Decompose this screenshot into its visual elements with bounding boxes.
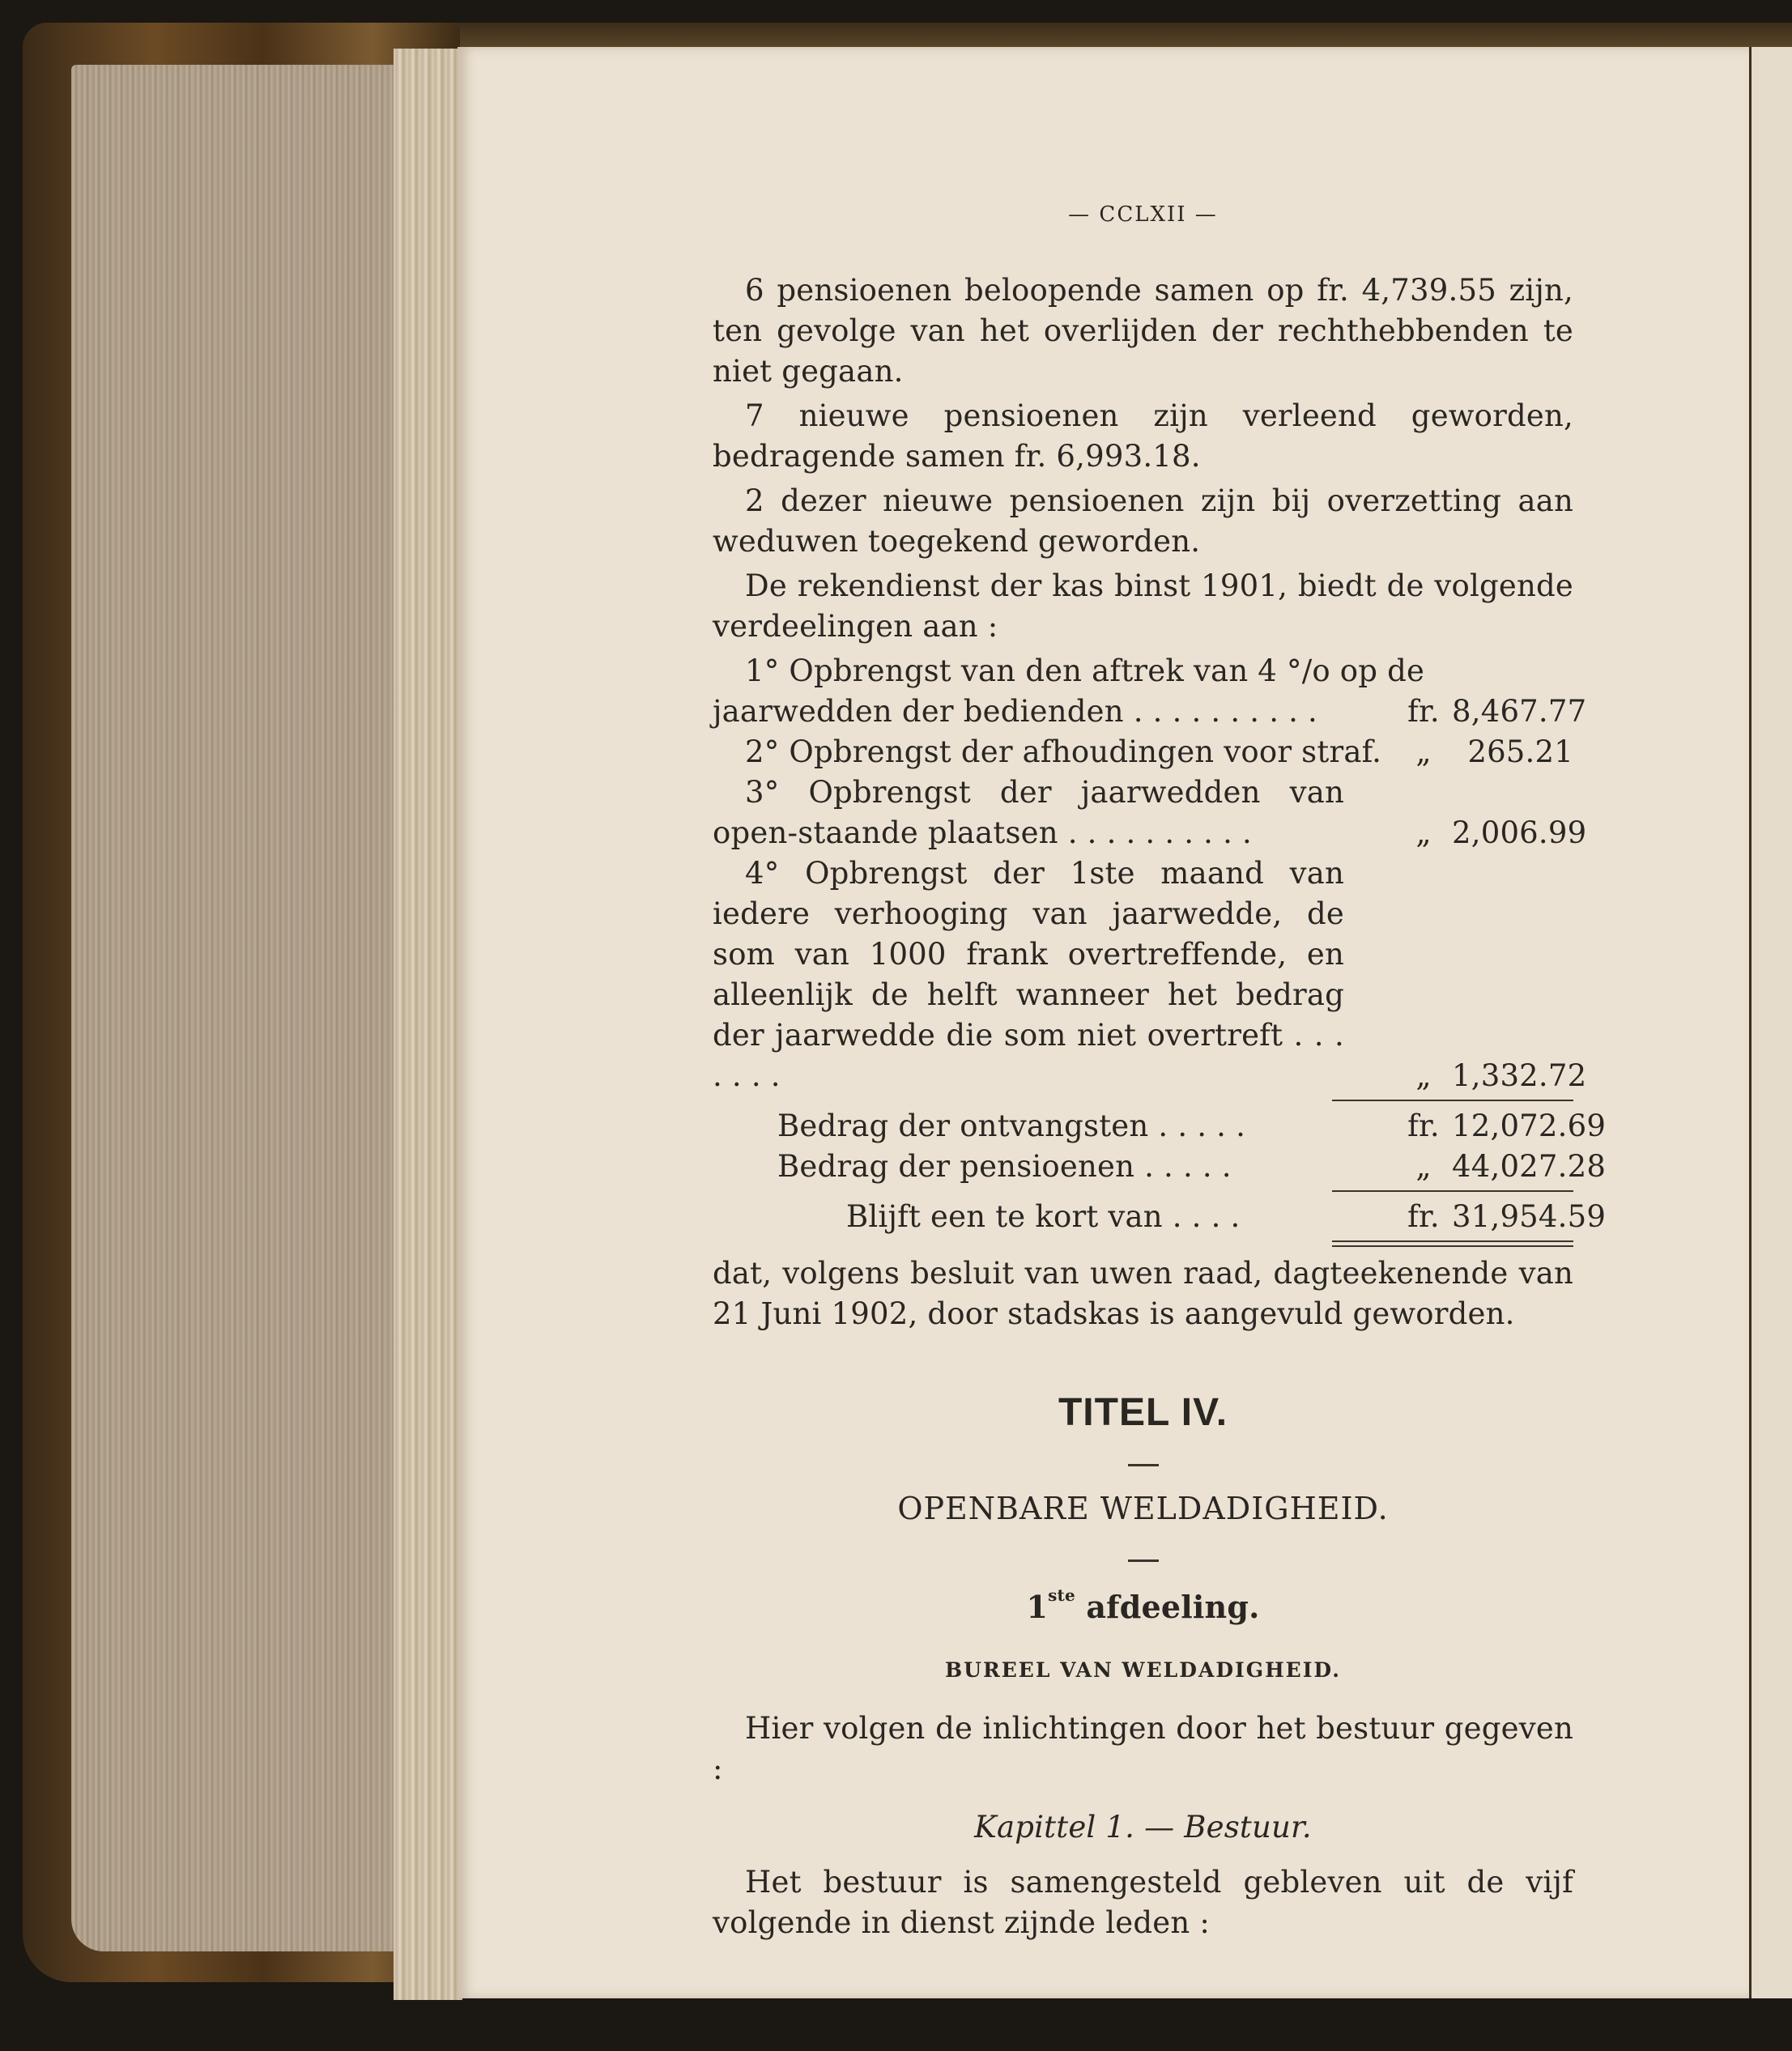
amount: 1,332.72 [1452,1056,1573,1096]
total-pensions: Bedrag der pensioenen . . . . . „ 44,027… [713,1147,1573,1187]
page-header: — CCLXII — [713,194,1573,235]
double-rule [1332,1240,1573,1247]
page-content: — CCLXII — 6 pensioenen beloopende samen… [713,194,1573,1947]
amount: 12,072.69 [1452,1106,1573,1147]
title-heading: TITEL IV. [713,1393,1573,1433]
ledger-item-4: 4° Opbrengst der 1ste maand van iedere v… [713,853,1573,1096]
item-text: Opbrengst der afhoudingen voor straf. [789,734,1381,769]
ledger-item-1: 1° Opbrengst van den aftrek van 4 °/o op… [713,651,1573,732]
amount: 265.21 [1452,732,1573,772]
page-edges [394,49,462,2000]
paragraph: dat, volgens besluit van uwen raad, dagt… [713,1253,1573,1334]
separator-dash [713,1538,1573,1579]
paragraph: 7 nieuwe pensioenen zijn verleend geword… [713,396,1573,477]
bureau-heading: BUREEL VAN WELDADIGHEID. [713,1650,1573,1691]
closing-paragraph: Het bestuur is samengesteld gebleven uit… [713,1862,1573,1943]
currency: fr. [1395,1197,1452,1237]
paragraph: 2 dezer nieuwe pensioenen zijn bij overz… [713,481,1573,562]
currency: „ [1395,1147,1452,1187]
currency: „ [1395,813,1452,853]
currency: fr. [1395,691,1452,732]
section-heading: OPENBARE WELDADIGHEID. [713,1488,1573,1529]
amount: 2,006.99 [1452,813,1573,853]
currency: fr. [1395,1106,1452,1147]
paragraph: 6 pensioenen beloopende samen op fr. 4,7… [713,270,1573,392]
sum-rule [1332,1100,1573,1101]
amount: 44,027.28 [1452,1147,1573,1187]
ledger-item-3: 3° Opbrengst der jaarwedden van open-sta… [713,772,1573,853]
currency: „ [1395,1056,1452,1096]
total-receipts: Bedrag der ontvangsten . . . . . fr. 12,… [713,1106,1573,1147]
division-heading: 1ste afdeeling. [713,1587,1573,1628]
deficit-row: Blijft een te kort van . . . . fr. 31,95… [713,1197,1573,1237]
facing-page-edge [1752,47,1792,1998]
page-stack-edge [71,65,395,1951]
chapter-heading: Kapittel 1. — Bestuur. [713,1807,1573,1848]
difference-rule [1332,1190,1573,1192]
ledger-item-2: 2° Opbrengst der afhoudingen voor straf.… [713,732,1573,772]
currency: „ [1395,732,1452,772]
item-text: Opbrengst der 1ste maand van iedere verh… [713,856,1344,1053]
paragraph: De rekendienst der kas binst 1901, biedt… [713,566,1573,647]
intro-paragraph: Hier volgen de inlichtingen door het bes… [713,1708,1573,1789]
amount: 8,467.77 [1452,691,1573,732]
amount: 31,954.59 [1452,1197,1573,1237]
separator-dash [713,1443,1573,1483]
